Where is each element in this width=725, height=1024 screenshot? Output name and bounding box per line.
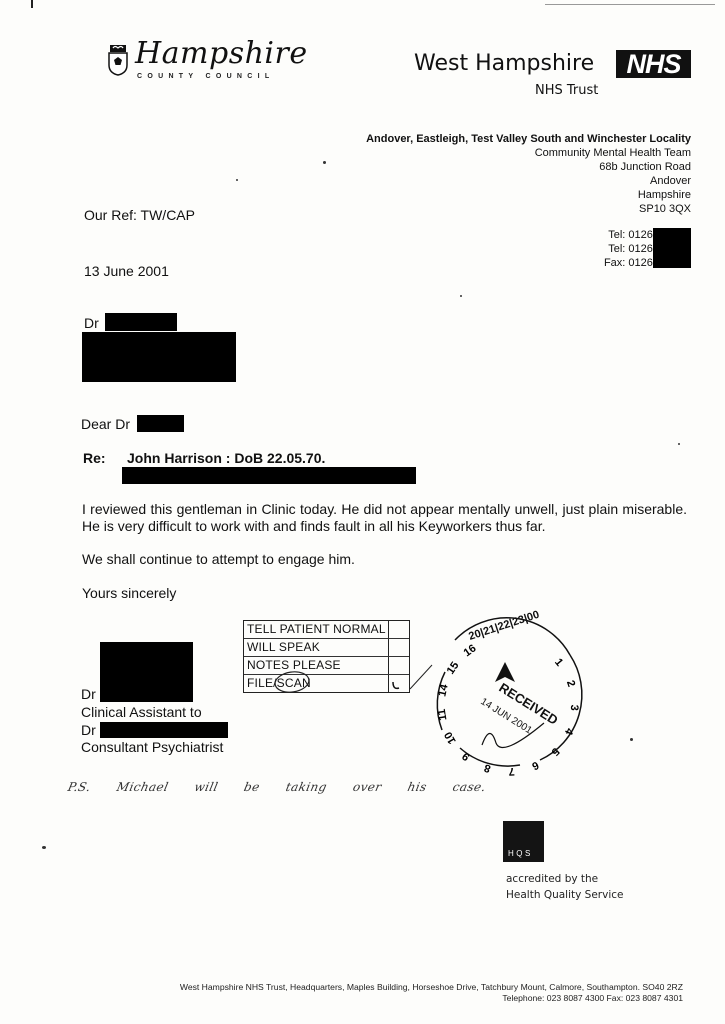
svg-text:16: 16 [462, 642, 479, 659]
accreditation-text: accredited by the Health Quality Service [506, 871, 623, 903]
redaction-block [653, 228, 691, 268]
locality: Andover, Eastleigh, Test Valley South an… [366, 132, 691, 146]
svg-text:1: 1 [552, 656, 565, 668]
hqs-logo: HQS [503, 821, 544, 862]
our-reference: Our Ref: TW/CAP [84, 207, 195, 223]
svg-text:15: 15 [445, 660, 462, 677]
action-label: TELL PATIENT NORMAL [244, 621, 388, 638]
action-checkbox [388, 621, 409, 638]
address-line: 68b Junction Road [366, 160, 691, 174]
footer-phone: Telephone: 023 8087 4300 Fax: 023 8087 4… [180, 993, 683, 1004]
redaction-block [100, 722, 228, 738]
hqs-badge-text: HQS [508, 849, 533, 858]
accreditation-line: Health Quality Service [506, 887, 623, 903]
recipient-prefix: Dr [84, 315, 99, 331]
signatory-role: Clinical Assistant to [81, 704, 202, 720]
council-subtitle: COUNTY COUNCIL [137, 73, 274, 80]
scan-artifact [31, 0, 33, 8]
re-label: Re: [83, 450, 106, 466]
council-name: Hampshire [135, 36, 308, 71]
svg-text:20|21|22|23|00: 20|21|22|23|00 [467, 609, 541, 643]
svg-text:9: 9 [460, 750, 472, 763]
redaction-block [122, 467, 416, 484]
closing: Yours sincerely [82, 585, 176, 601]
signatory-prefix: Dr [81, 686, 96, 702]
handwritten-circle-mark [270, 640, 440, 700]
address-line: Andover [366, 174, 691, 188]
trust-subtitle: NHS Trust [535, 83, 598, 98]
address-line: Hampshire [366, 188, 691, 202]
svg-text:3: 3 [568, 704, 580, 711]
sender-address: Andover, Eastleigh, Test Valley South an… [366, 132, 691, 216]
handwritten-note: P.S. Michael will be taking over his cas… [67, 780, 488, 794]
redaction-block [82, 332, 236, 382]
trust-name: West Hampshire [414, 51, 594, 76]
signature-redaction [100, 642, 193, 702]
svg-text:2: 2 [564, 679, 577, 689]
address-line: Community Mental Health Team [366, 146, 691, 160]
scan-speck [42, 846, 46, 849]
footer-address: West Hampshire NHS Trust, Headquarters, … [180, 982, 683, 993]
scan-artifact [545, 4, 715, 5]
svg-text:6: 6 [530, 759, 541, 772]
scan-speck [630, 738, 633, 741]
action-row-tell-patient-normal: TELL PATIENT NORMAL [244, 621, 409, 639]
received-date-stamp: 20|21|22|23|00 RECEIVED 14 JUN 2001 1234… [420, 600, 595, 780]
scan-speck [678, 443, 680, 445]
body-paragraph: I reviewed this gentleman in Clinic toda… [82, 501, 687, 535]
redaction-block [137, 415, 184, 432]
svg-text:14: 14 [436, 682, 451, 697]
svg-text:10: 10 [442, 729, 458, 746]
scan-speck [323, 161, 326, 164]
footer: West Hampshire NHS Trust, Headquarters, … [180, 982, 683, 1004]
letter-date: 13 June 2001 [84, 263, 169, 279]
scan-speck [460, 295, 462, 297]
accreditation-line: accredited by the [506, 871, 623, 887]
re-subject: John Harrison : DoB 22.05.70. [127, 450, 325, 466]
scan-speck [236, 179, 238, 181]
salutation: Dear Dr [81, 416, 130, 432]
address-line: SP10 3QX [366, 202, 691, 216]
nhs-logo: NHS [616, 50, 691, 78]
consultant-prefix: Dr [81, 722, 96, 738]
svg-text:8: 8 [483, 761, 493, 774]
body-paragraph: We shall continue to attempt to engage h… [82, 551, 355, 567]
hampshire-crest-icon [108, 44, 128, 76]
svg-text:11: 11 [436, 708, 450, 721]
redaction-block [105, 313, 177, 331]
svg-text:7: 7 [508, 765, 515, 777]
consultant-role: Consultant Psychiatrist [81, 739, 223, 755]
